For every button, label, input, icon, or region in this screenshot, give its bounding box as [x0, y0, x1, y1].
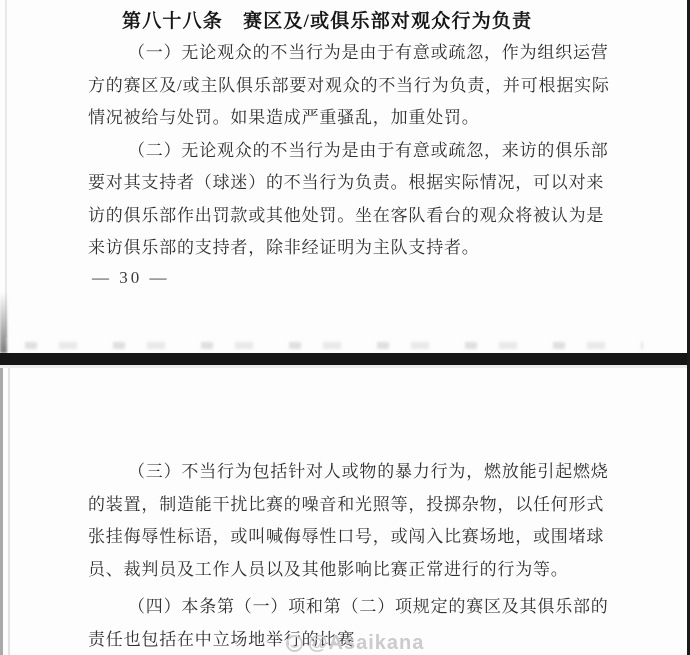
text-line: 来访俱乐部的支持者，除非经证明为主队支持者。 — [88, 232, 648, 265]
article-title: 赛区及/或俱乐部对观众行为负责 — [243, 11, 532, 32]
page2-body-text: （三）不当行为包括针对人或物的暴力行为，燃放能引起燃烧 的装置，制造能干扰比赛的… — [88, 456, 648, 655]
text-line: 要对其支持者（球迷）的不当行为负责。根据实际情况，可以对来 — [88, 167, 648, 200]
page1-body-text: （一）无论观众的不当行为是由于有意或疏忽，作为组织运营 方的赛区及/或主队俱乐部… — [88, 37, 648, 265]
document-scan: 第八十八条赛区及/或俱乐部对观众行为负责 （一）无论观众的不当行为是由于有意或疏… — [0, 0, 690, 655]
page-number: — 30 — — [92, 268, 170, 288]
watermark-handle: @Asaikana — [308, 632, 424, 655]
page2-left-edge-strip — [0, 368, 3, 655]
page-2: （三）不当行为包括针对人或物的暴力行为，燃放能引起燃烧 的装置，制造能干扰比赛的… — [0, 365, 690, 655]
article-heading: 第八十八条赛区及/或俱乐部对观众行为负责 — [122, 6, 532, 33]
page1-left-edge-line — [5, 0, 7, 338]
article-number: 第八十八条 — [122, 11, 223, 32]
scan-smudge-artifact — [25, 342, 643, 349]
watermark: @Asaikana — [286, 632, 424, 655]
text-line: （四）本条第（一）项和第（二）项规定的赛区及其俱乐部的 — [88, 591, 648, 624]
text-line: （二）无论观众的不当行为是由于有意或疏忽，来访的俱乐部 — [88, 135, 648, 168]
page-divider-band — [0, 353, 690, 365]
text-line: 员、裁判员及工作人员以及其他影响比赛正常进行的行为等。 — [88, 554, 648, 587]
page-1: 第八十八条赛区及/或俱乐部对观众行为负责 （一）无论观众的不当行为是由于有意或疏… — [0, 0, 690, 353]
text-line: 方的赛区及/或主队俱乐部要对观众的不当行为负责，并可根据实际 — [88, 70, 648, 103]
page2-left-edge-line — [8, 368, 10, 655]
text-line: 访的俱乐部作出罚款或其他处罚。坐在客队看台的观众将被认为是 — [88, 200, 648, 233]
scan-corner-shadow — [0, 292, 7, 353]
text-line: 的装置，制造能干扰比赛的噪音和光照等，投掷杂物，以任何形式 — [88, 489, 648, 522]
text-line: 张挂侮辱性标语，或叫喊侮辱性口号，或闯入比赛场地，或围堵球 — [88, 521, 648, 554]
text-line: 情况被给与处罚。如果造成严重骚乱，加重处罚。 — [88, 102, 648, 135]
text-line: （三）不当行为包括针对人或物的暴力行为，燃放能引起燃烧 — [88, 456, 648, 489]
smiley-circle-icon — [286, 635, 303, 652]
text-line: （一）无论观众的不当行为是由于有意或疏忽，作为组织运营 — [88, 37, 648, 70]
